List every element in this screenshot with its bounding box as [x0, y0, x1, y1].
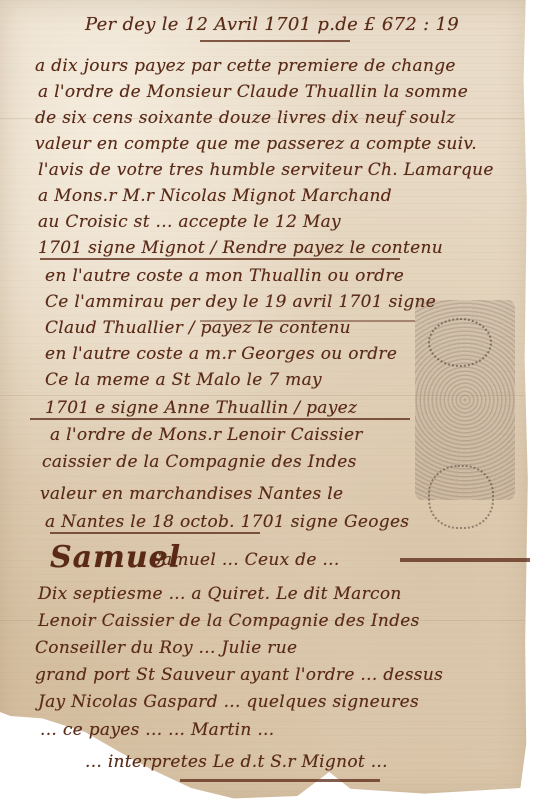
- manuscript-line-2: a l'ordre de Monsieur Claude Thuallin la…: [38, 82, 468, 102]
- manuscript-line-15: a l'ordre de Mons.r Lenoir Caissier: [50, 425, 363, 445]
- manuscript-line-21: Lenoir Caissier de la Compagnie des Inde…: [38, 611, 420, 631]
- manuscript-line-14: 1701 e signe Anne Thuallin / payez: [45, 398, 357, 418]
- manuscript-line-26: ... interpretes Le d.t S.r Mignot ...: [85, 752, 388, 772]
- line-rule: [40, 258, 400, 260]
- closing-underline: [180, 779, 380, 782]
- header-underline: [200, 40, 350, 42]
- manuscript-line-17: valeur en marchandises Nantes le: [40, 484, 343, 504]
- stamp-ornament-bottom: [428, 465, 494, 529]
- manuscript-line-3: de six cens soixante douze livres dix ne…: [35, 108, 455, 128]
- manuscript-line-12: en l'autre coste a m.r Georges ou ordre: [45, 344, 397, 364]
- line-rule: [200, 320, 415, 322]
- header-place-date: Per dey le 12 Avril 1701 p.de £ 672 : 19: [85, 14, 459, 35]
- manuscript-line-22: Conseiller du Roy ... Julie rue: [35, 638, 297, 658]
- manuscript-line-13: Ce la meme a St Malo le 7 may: [45, 370, 322, 390]
- manuscript-line-7: au Croisic st ... accepte le 12 May: [38, 212, 341, 232]
- manuscript-line-19: Samuel ... Ceux de ...: [150, 550, 340, 570]
- manuscript-line-4: valeur en compte que me passerez a compt…: [35, 134, 477, 154]
- manuscript-line-6: a Mons.r M.r Nicolas Mignot Marchand: [38, 186, 392, 206]
- manuscript-line-25: ... ce payes ... ... Martin ...: [40, 720, 274, 740]
- manuscript-line-9: en l'autre coste a mon Thuallin ou ordre: [45, 266, 404, 286]
- manuscript-line-1: a dix jours payez par cette premiere de …: [35, 56, 456, 76]
- manuscript-line-20: Dix septiesme ... a Quiret. Le dit Marco…: [38, 584, 402, 604]
- manuscript-line-10: Ce l'ammirau per dey le 19 avril 1701 si…: [45, 292, 436, 312]
- manuscript-line-16: caissier de la Compagnie des Indes: [42, 452, 357, 472]
- stamp-ornament-top: [428, 318, 492, 367]
- line-rule: [30, 418, 410, 420]
- manuscript-line-8: 1701 signe Mignot / Rendre payez le cont…: [38, 238, 443, 258]
- line-rule: [50, 532, 260, 534]
- manuscript-line-5: l'avis de votre tres humble serviteur Ch…: [38, 160, 494, 180]
- manuscript-line-24: Jay Nicolas Gaspard ... quelques signeur…: [38, 692, 419, 712]
- manuscript-line-18: a Nantes le 18 octob. 1701 signe Geoges: [45, 512, 409, 532]
- signature-stroke: [400, 558, 530, 562]
- manuscript-line-23: grand port St Sauveur ayant l'ordre ... …: [35, 665, 443, 685]
